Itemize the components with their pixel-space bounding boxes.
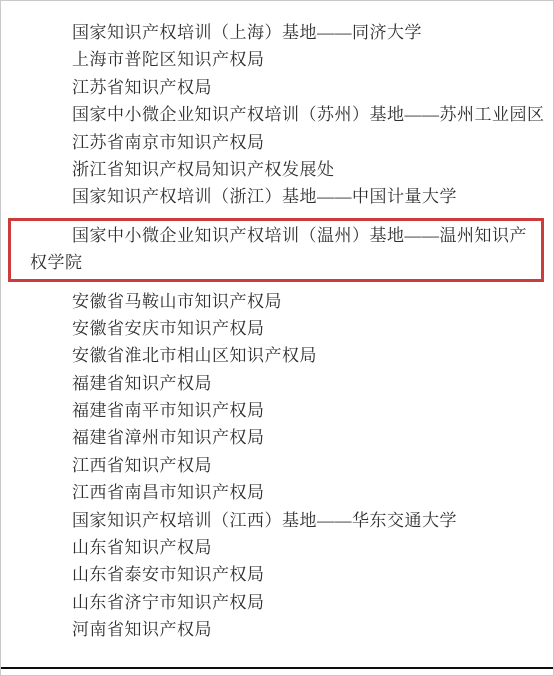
list-item: 安徽省安庆市知识产权局 bbox=[1, 315, 553, 342]
list-item: 浙江省知识产权局知识产权发展处 bbox=[1, 156, 553, 183]
list-item: 安徽省淮北市相山区知识产权局 bbox=[1, 342, 553, 369]
list-item: 福建省南平市知识产权局 bbox=[1, 397, 553, 424]
list-item-highlighted-line2: 权学院 bbox=[11, 249, 541, 276]
list-item: 山东省泰安市知识产权局 bbox=[1, 561, 553, 588]
list-item: 国家中小微企业知识产权培训（苏州）基地——苏州工业园区 bbox=[1, 101, 553, 128]
list-item: 福建省知识产权局 bbox=[1, 370, 553, 397]
list-item: 山东省知识产权局 bbox=[1, 534, 553, 561]
list-item: 国家知识产权培训（浙江）基地——中国计量大学 bbox=[1, 183, 553, 210]
recipient-list: 国家知识产权培训（上海）基地——同济大学 上海市普陀区知识产权局 江苏省知识产权… bbox=[1, 1, 553, 644]
list-item: 河南省知识产权局 bbox=[1, 616, 553, 643]
list-item: 江苏省知识产权局 bbox=[1, 74, 553, 101]
list-item: 山东省济宁市知识产权局 bbox=[1, 589, 553, 616]
list-item: 上海市普陀区知识产权局 bbox=[1, 46, 553, 73]
list-item: 福建省漳州市知识产权局 bbox=[1, 424, 553, 451]
document-page: 国家知识产权培训（上海）基地——同济大学 上海市普陀区知识产权局 江苏省知识产权… bbox=[0, 0, 554, 676]
list-item: 安徽省马鞍山市知识产权局 bbox=[1, 288, 553, 315]
list-item: 江西省南昌市知识产权局 bbox=[1, 479, 553, 506]
footer-divider bbox=[1, 667, 553, 669]
highlight-box: 国家中小微企业知识产权培训（温州）基地——温州知识产 权学院 bbox=[8, 218, 544, 282]
list-item: 国家知识产权培训（江西）基地——华东交通大学 bbox=[1, 507, 553, 534]
list-item: 江西省知识产权局 bbox=[1, 452, 553, 479]
list-item-highlighted-line1: 国家中小微企业知识产权培训（温州）基地——温州知识产 bbox=[11, 222, 541, 249]
list-item: 江苏省南京市知识产权局 bbox=[1, 129, 553, 156]
list-item: 国家知识产权培训（上海）基地——同济大学 bbox=[1, 19, 553, 46]
